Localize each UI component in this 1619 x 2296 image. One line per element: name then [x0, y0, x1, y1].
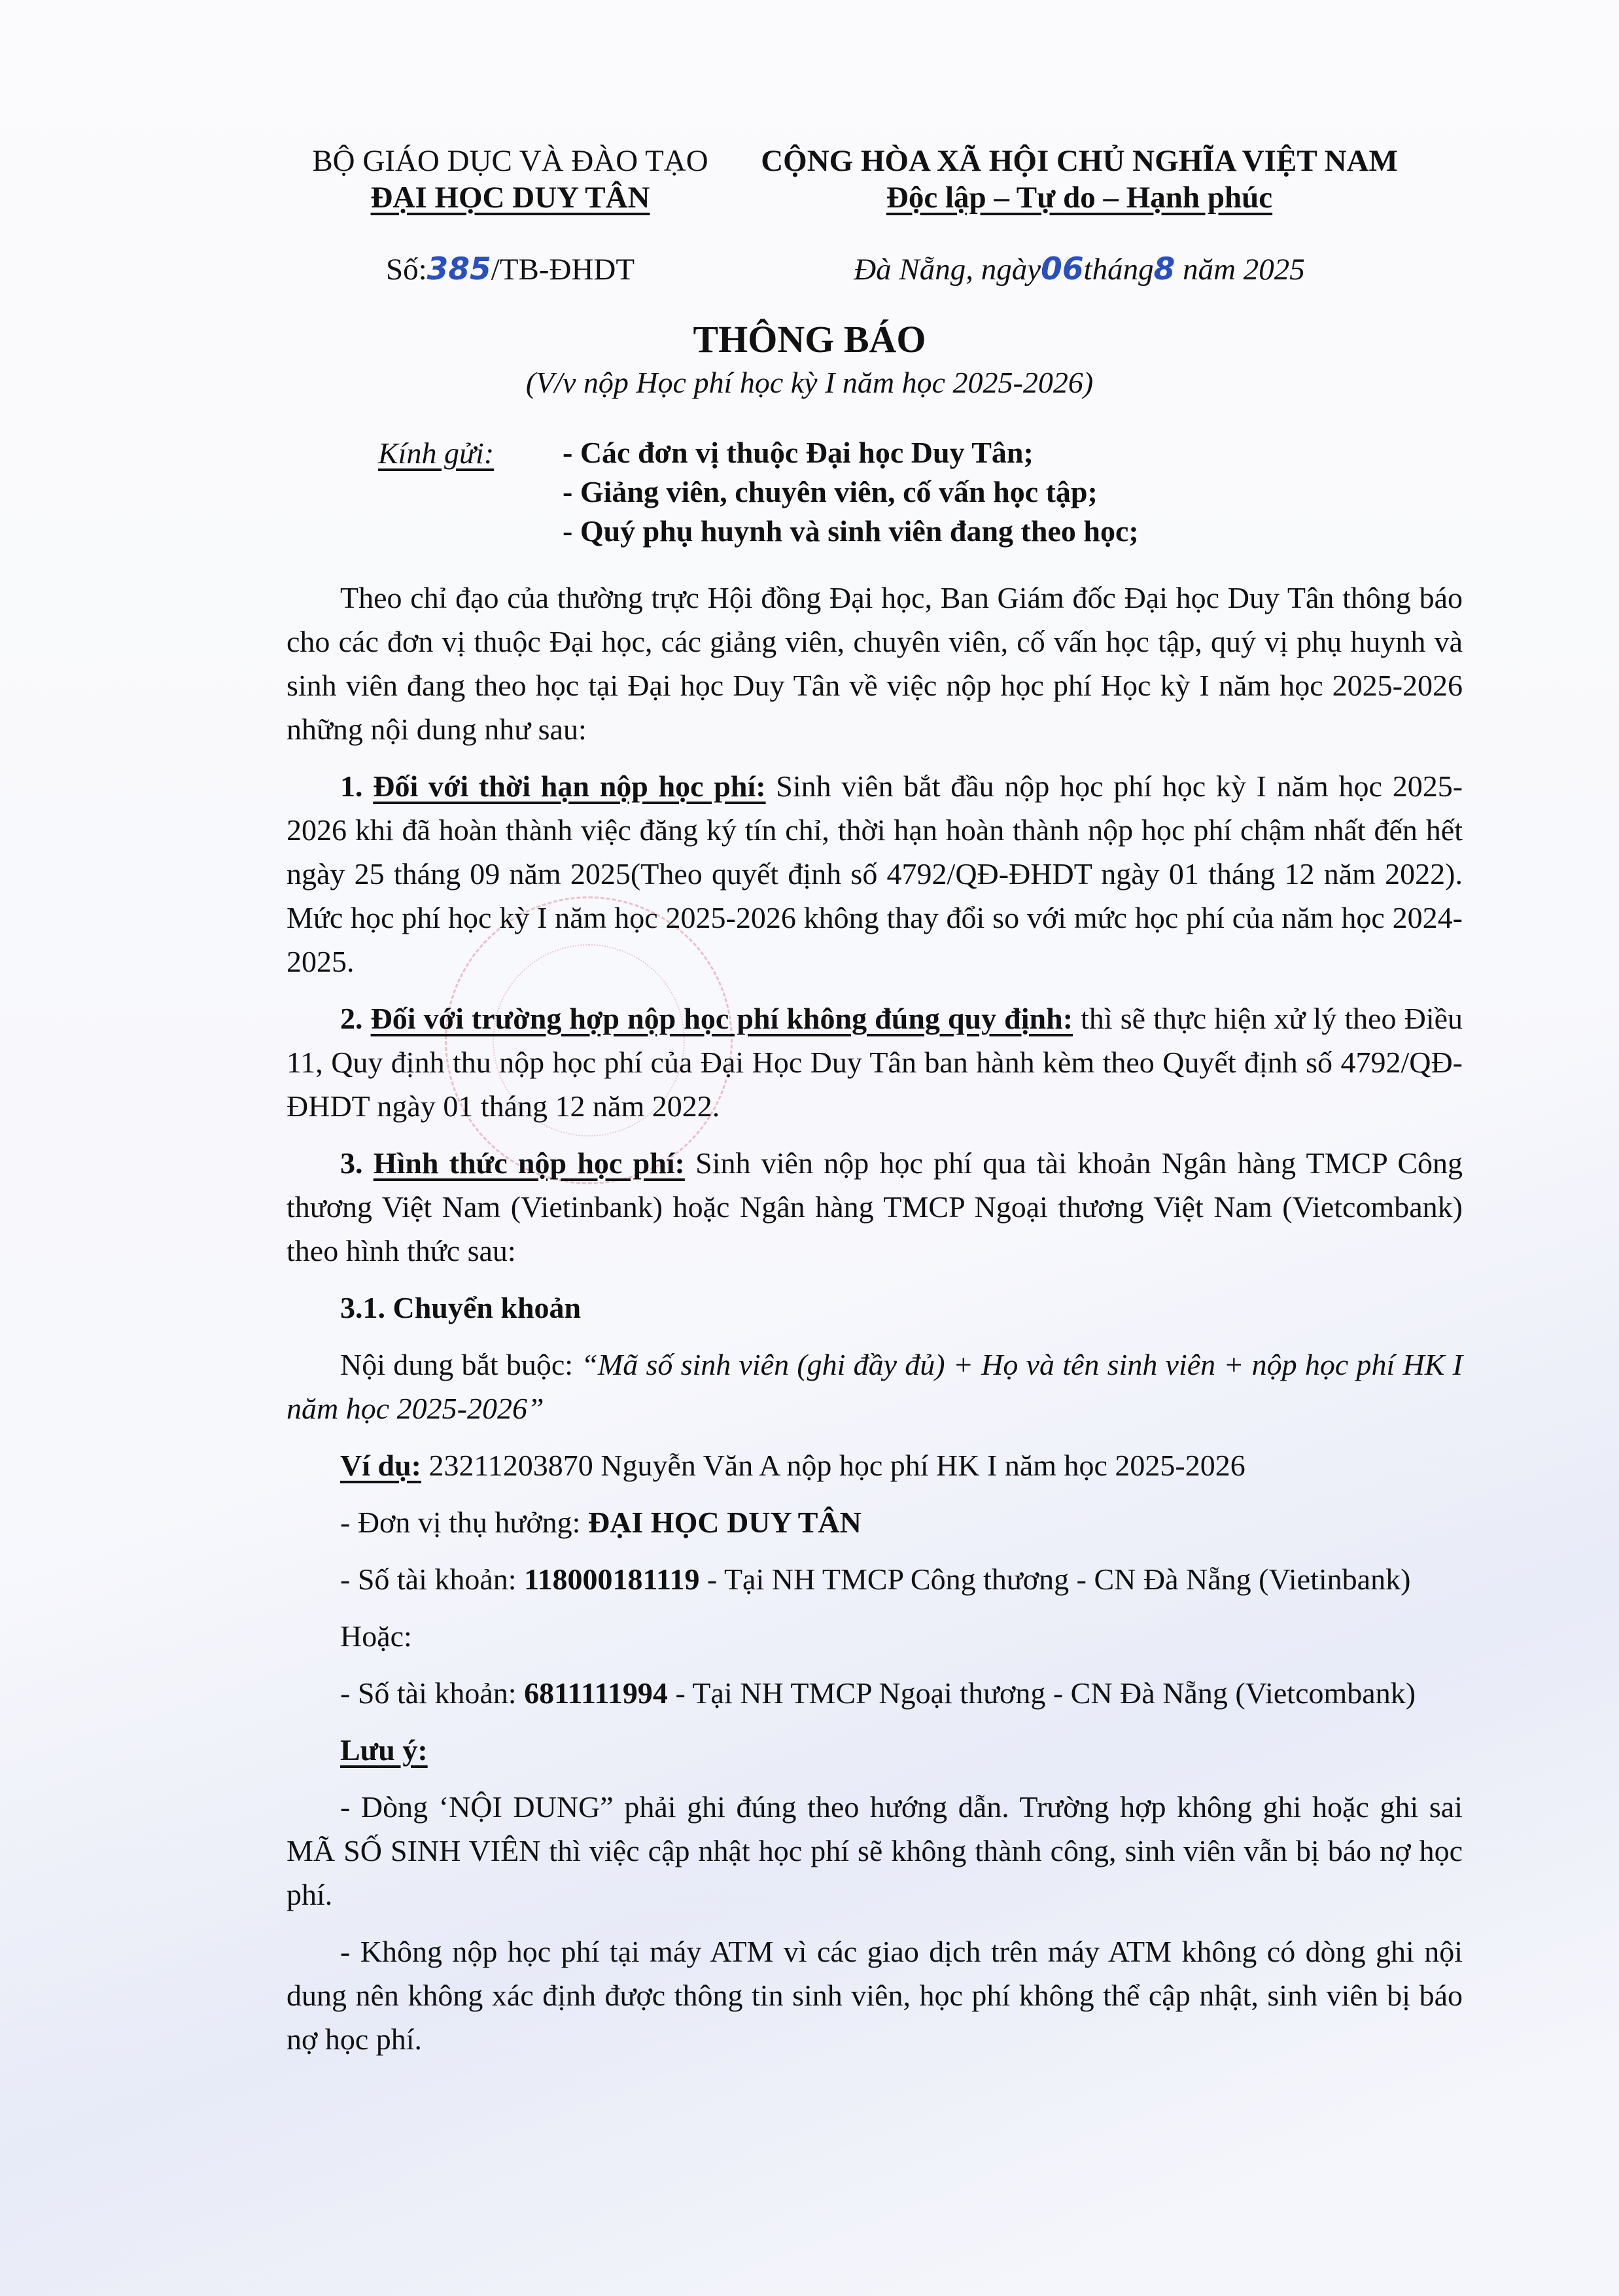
header-right: CỘNG HÒA XÃ HỘI CHỦ NGHĨA VIỆT NAM Độc l…: [746, 143, 1413, 216]
handwritten-day: 06: [1041, 251, 1083, 287]
document-title: THÔNG BÁO: [0, 317, 1619, 361]
section-violation: 2. Đối với trường hợp nộp học phí không …: [287, 997, 1463, 1128]
account-vietcombank: - Số tài khoản: 6811111994 - Tại NH TMCP…: [287, 1671, 1463, 1715]
or-label: Hoặc:: [287, 1614, 1463, 1658]
document-body: Theo chỉ đạo của thường trực Hội đồng Đạ…: [287, 576, 1463, 2074]
transfer-heading: 3.1. Chuyển khoản: [287, 1286, 1463, 1330]
document-subtitle: (V/v nộp Học phí học kỳ I năm học 2025-2…: [0, 365, 1619, 400]
motto: Độc lập – Tự do – Hạnh phúc: [746, 179, 1413, 216]
section-heading: Đối với trường hợp nộp học phí không đún…: [371, 1002, 1073, 1035]
university-name: ĐẠI HỌC DUY TÂN: [281, 179, 739, 216]
handwritten-number: 385: [427, 251, 491, 287]
ministry-name: BỘ GIÁO DỤC VÀ ĐÀO TẠO: [281, 143, 739, 179]
section-heading: Đối với thời hạn nộp học phí:: [373, 769, 765, 803]
account-vietinbank: - Số tài khoản: 118000181119 - Tại NH TM…: [287, 1557, 1463, 1601]
header-left: BỘ GIÁO DỤC VÀ ĐÀO TẠO ĐẠI HỌC DUY TÂN: [281, 143, 739, 216]
recipient-item: - Giảng viên, chuyên viên, cố vấn học tậ…: [563, 472, 1139, 512]
beneficiary: - Đơn vị thụ hưởng: ĐẠI HỌC DUY TÂN: [287, 1500, 1463, 1544]
note-item: - Dòng ‘NỘI DUNG” phải ghi đúng theo hướ…: [287, 1785, 1463, 1916]
notes-label: Lưu ý:: [287, 1728, 1463, 1772]
document-date: Đà Nẵng, ngày06tháng8 năm 2025: [746, 251, 1413, 288]
section-deadline: 1. Đối với thời hạn nộp học phí: Sinh vi…: [287, 764, 1463, 983]
handwritten-month: 8: [1154, 251, 1175, 287]
document-number: Số:385/TB-ĐHDT: [281, 251, 739, 288]
recipient-item: - Quý phụ huynh và sinh viên đang theo h…: [563, 512, 1139, 551]
recipients-list: - Các đơn vị thuộc Đại học Duy Tân; - Gi…: [563, 433, 1139, 551]
account-number: 6811111994: [524, 1676, 668, 1710]
section-heading: Hình thức nộp học phí:: [374, 1146, 685, 1180]
recipient-item: - Các đơn vị thuộc Đại học Duy Tân;: [563, 433, 1139, 472]
intro-paragraph: Theo chỉ đạo của thường trực Hội đồng Đạ…: [287, 576, 1463, 751]
account-number: 118000181119: [524, 1563, 699, 1596]
transfer-content-requirement: Nội dung bắt buộc: “Mã số sinh viên (ghi…: [287, 1343, 1463, 1430]
recipients-label: Kính gửi:: [378, 436, 494, 470]
transfer-example: Ví dụ: 23211203870 Nguyễn Văn A nộp học …: [287, 1443, 1463, 1487]
section-payment-method: 3. Hình thức nộp học phí: Sinh viên nộp …: [287, 1141, 1463, 1273]
note-item: - Không nộp học phí tại máy ATM vì các g…: [287, 1930, 1463, 2061]
country-name: CỘNG HÒA XÃ HỘI CHỦ NGHĨA VIỆT NAM: [746, 143, 1413, 179]
